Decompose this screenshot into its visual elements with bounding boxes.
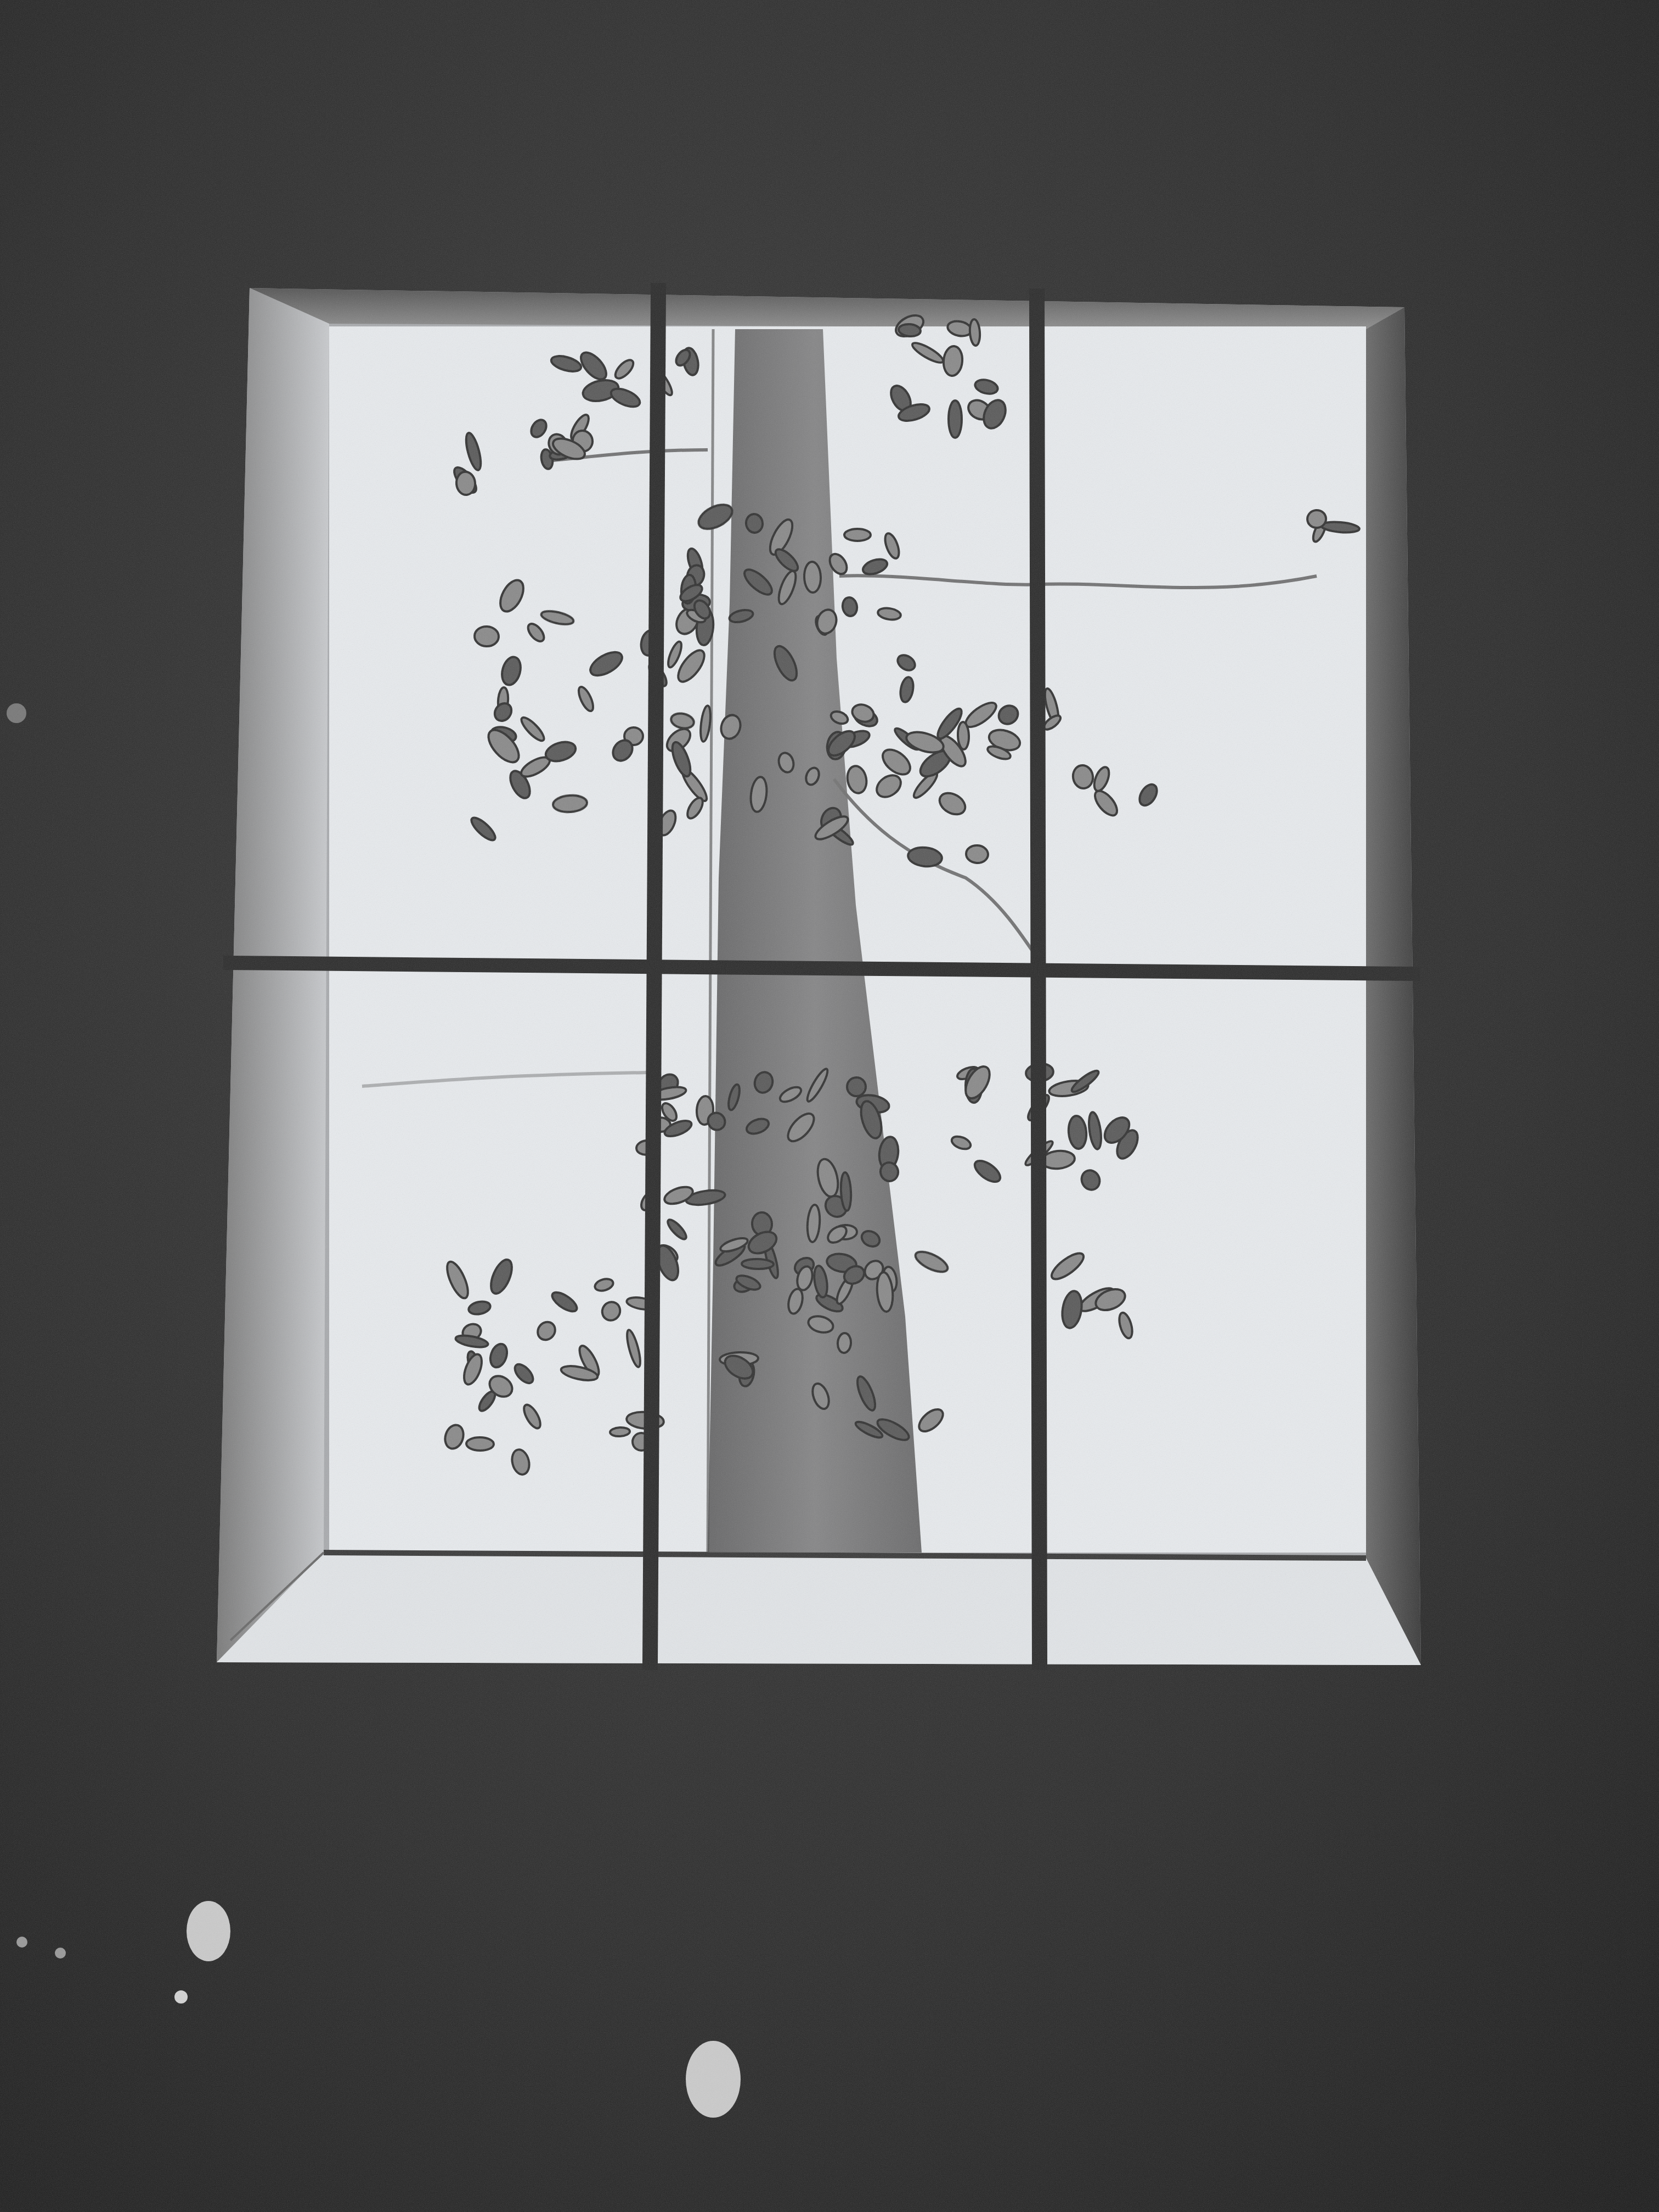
window-drawing bbox=[0, 0, 1659, 2212]
